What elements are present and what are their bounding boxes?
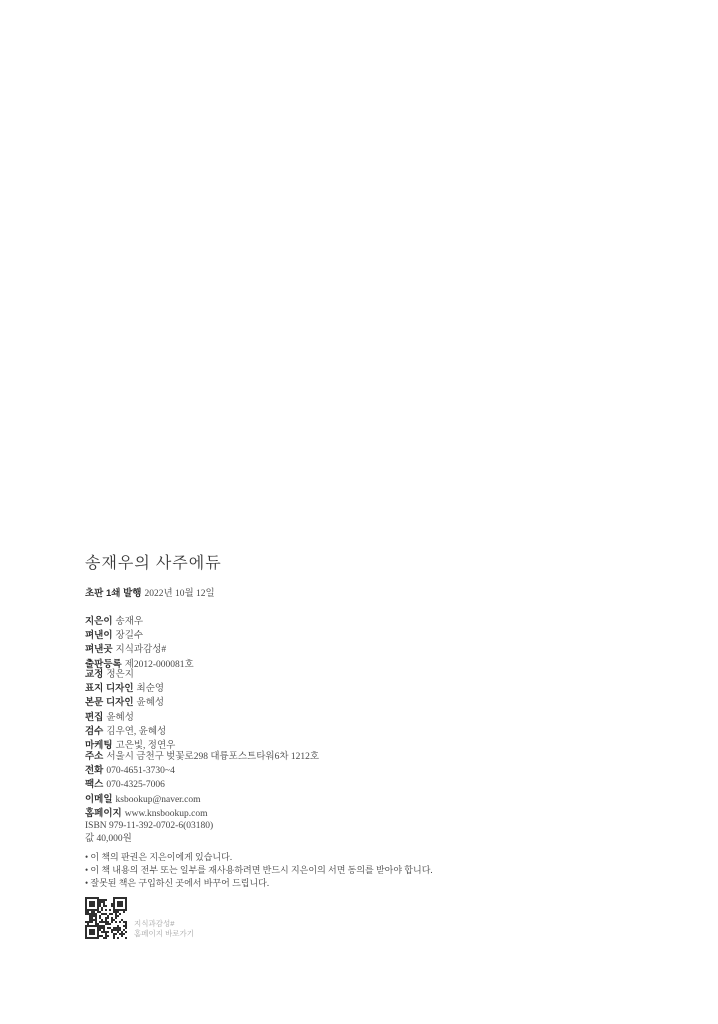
staff-row: 본문 디자인윤혜성 bbox=[85, 696, 175, 710]
notice-item: 이 책 내용의 전부 또는 일부를 재사용하려면 반드시 지은이의 서면 동의를… bbox=[85, 864, 433, 877]
book-title: 송재우의 사주에듀 bbox=[85, 550, 222, 573]
publisher-value: 지식과감성# bbox=[116, 645, 167, 655]
qr-code bbox=[85, 897, 127, 939]
publisher-person-label: 펴낸이 bbox=[85, 630, 113, 641]
contact-row: 홈페이지www.knsbookup.com bbox=[85, 807, 319, 821]
fax-label: 팩스 bbox=[85, 779, 103, 790]
contact-row: 이메일ksbookup@naver.com bbox=[85, 793, 319, 807]
isbn-info: ISBN 979-11-392-0702-6(03180) 값 40,000원 bbox=[85, 820, 213, 846]
phone-value: 070-4651-3730~4 bbox=[106, 766, 174, 776]
publication-row: 지은이송재우 bbox=[85, 615, 194, 629]
publication-row: 펴낸이장길수 bbox=[85, 629, 194, 643]
staff-row: 교정정은지 bbox=[85, 668, 175, 682]
address-label: 주소 bbox=[85, 751, 103, 762]
editing-label: 편집 bbox=[85, 712, 103, 723]
homepage-label: 홈페이지 bbox=[85, 808, 122, 819]
qr-code-box bbox=[83, 895, 129, 941]
isbn-number: ISBN 979-11-392-0702-6(03180) bbox=[85, 820, 213, 833]
publication-row: 펴낸곳지식과감성# bbox=[85, 643, 194, 657]
publisher-person-value: 장길수 bbox=[116, 631, 144, 641]
qr-caption-line2: 홈페이지 바로가기 bbox=[134, 929, 194, 939]
cover-design-label: 표지 디자인 bbox=[85, 683, 134, 694]
fax-value: 070-4325-7006 bbox=[106, 780, 165, 790]
copyright-notices: 이 책의 판권은 지은이에게 있습니다. 이 책 내용의 전부 또는 일부를 재… bbox=[85, 851, 433, 891]
review-label: 검수 bbox=[85, 726, 103, 737]
body-design-label: 본문 디자인 bbox=[85, 697, 134, 708]
publication-info: 지은이송재우 펴낸이장길수 펴낸곳지식과감성# 출판등록제2012-000081… bbox=[85, 615, 194, 672]
email-label: 이메일 bbox=[85, 794, 113, 805]
body-design-value: 윤혜성 bbox=[137, 698, 165, 708]
staff-row: 표지 디자인최순영 bbox=[85, 682, 175, 696]
staff-info: 교정정은지 표지 디자인최순영 본문 디자인윤혜성 편집윤혜성 검수김우연, 윤… bbox=[85, 668, 175, 753]
contact-info: 주소서울시 금천구 벚꽃로298 대륭포스트타워6차 1212호 전화070-4… bbox=[85, 750, 319, 821]
edition-date: 2022년 10월 12일 bbox=[144, 589, 214, 599]
edition-row: 초판 1쇄 발행2022년 10월 12일 bbox=[85, 587, 215, 601]
staff-row: 편집윤혜성 bbox=[85, 711, 175, 725]
qr-caption: 지식과감성# 홈페이지 바로가기 bbox=[134, 919, 194, 938]
colophon-page: 송재우의 사주에듀 초판 1쇄 발행2022년 10월 12일 지은이송재우 펴… bbox=[0, 0, 718, 1024]
contact-row: 전화070-4651-3730~4 bbox=[85, 764, 319, 778]
edition-label: 초판 1쇄 발행 bbox=[85, 588, 141, 599]
phone-label: 전화 bbox=[85, 765, 103, 776]
qr-caption-line1: 지식과감성# bbox=[134, 919, 194, 929]
editing-value: 윤혜성 bbox=[106, 713, 134, 723]
review-value: 김우연, 윤혜성 bbox=[106, 727, 166, 737]
cover-design-value: 최순영 bbox=[137, 684, 165, 694]
notice-item: 잘못된 책은 구입하신 곳에서 바꾸어 드립니다. bbox=[85, 877, 433, 890]
staff-row: 검수김우연, 윤혜성 bbox=[85, 725, 175, 739]
contact-row: 주소서울시 금천구 벚꽃로298 대륭포스트타워6차 1212호 bbox=[85, 750, 319, 764]
publisher-label: 펴낸곳 bbox=[85, 644, 113, 655]
author-value: 송재우 bbox=[116, 617, 144, 627]
proofreading-value: 정은지 bbox=[106, 670, 134, 680]
homepage-value: www.knsbookup.com bbox=[125, 809, 208, 819]
email-value: ksbookup@naver.com bbox=[116, 795, 201, 805]
address-value: 서울시 금천구 벚꽃로298 대륭포스트타워6차 1212호 bbox=[106, 752, 319, 762]
notice-item: 이 책의 판권은 지은이에게 있습니다. bbox=[85, 851, 433, 864]
proofreading-label: 교정 bbox=[85, 669, 103, 680]
price: 값 40,000원 bbox=[85, 833, 213, 846]
contact-row: 팩스070-4325-7006 bbox=[85, 778, 319, 792]
qr-section: 지식과감성# 홈페이지 바로가기 bbox=[83, 895, 194, 941]
author-label: 지은이 bbox=[85, 616, 113, 627]
edition-info: 초판 1쇄 발행2022년 10월 12일 bbox=[85, 587, 215, 601]
